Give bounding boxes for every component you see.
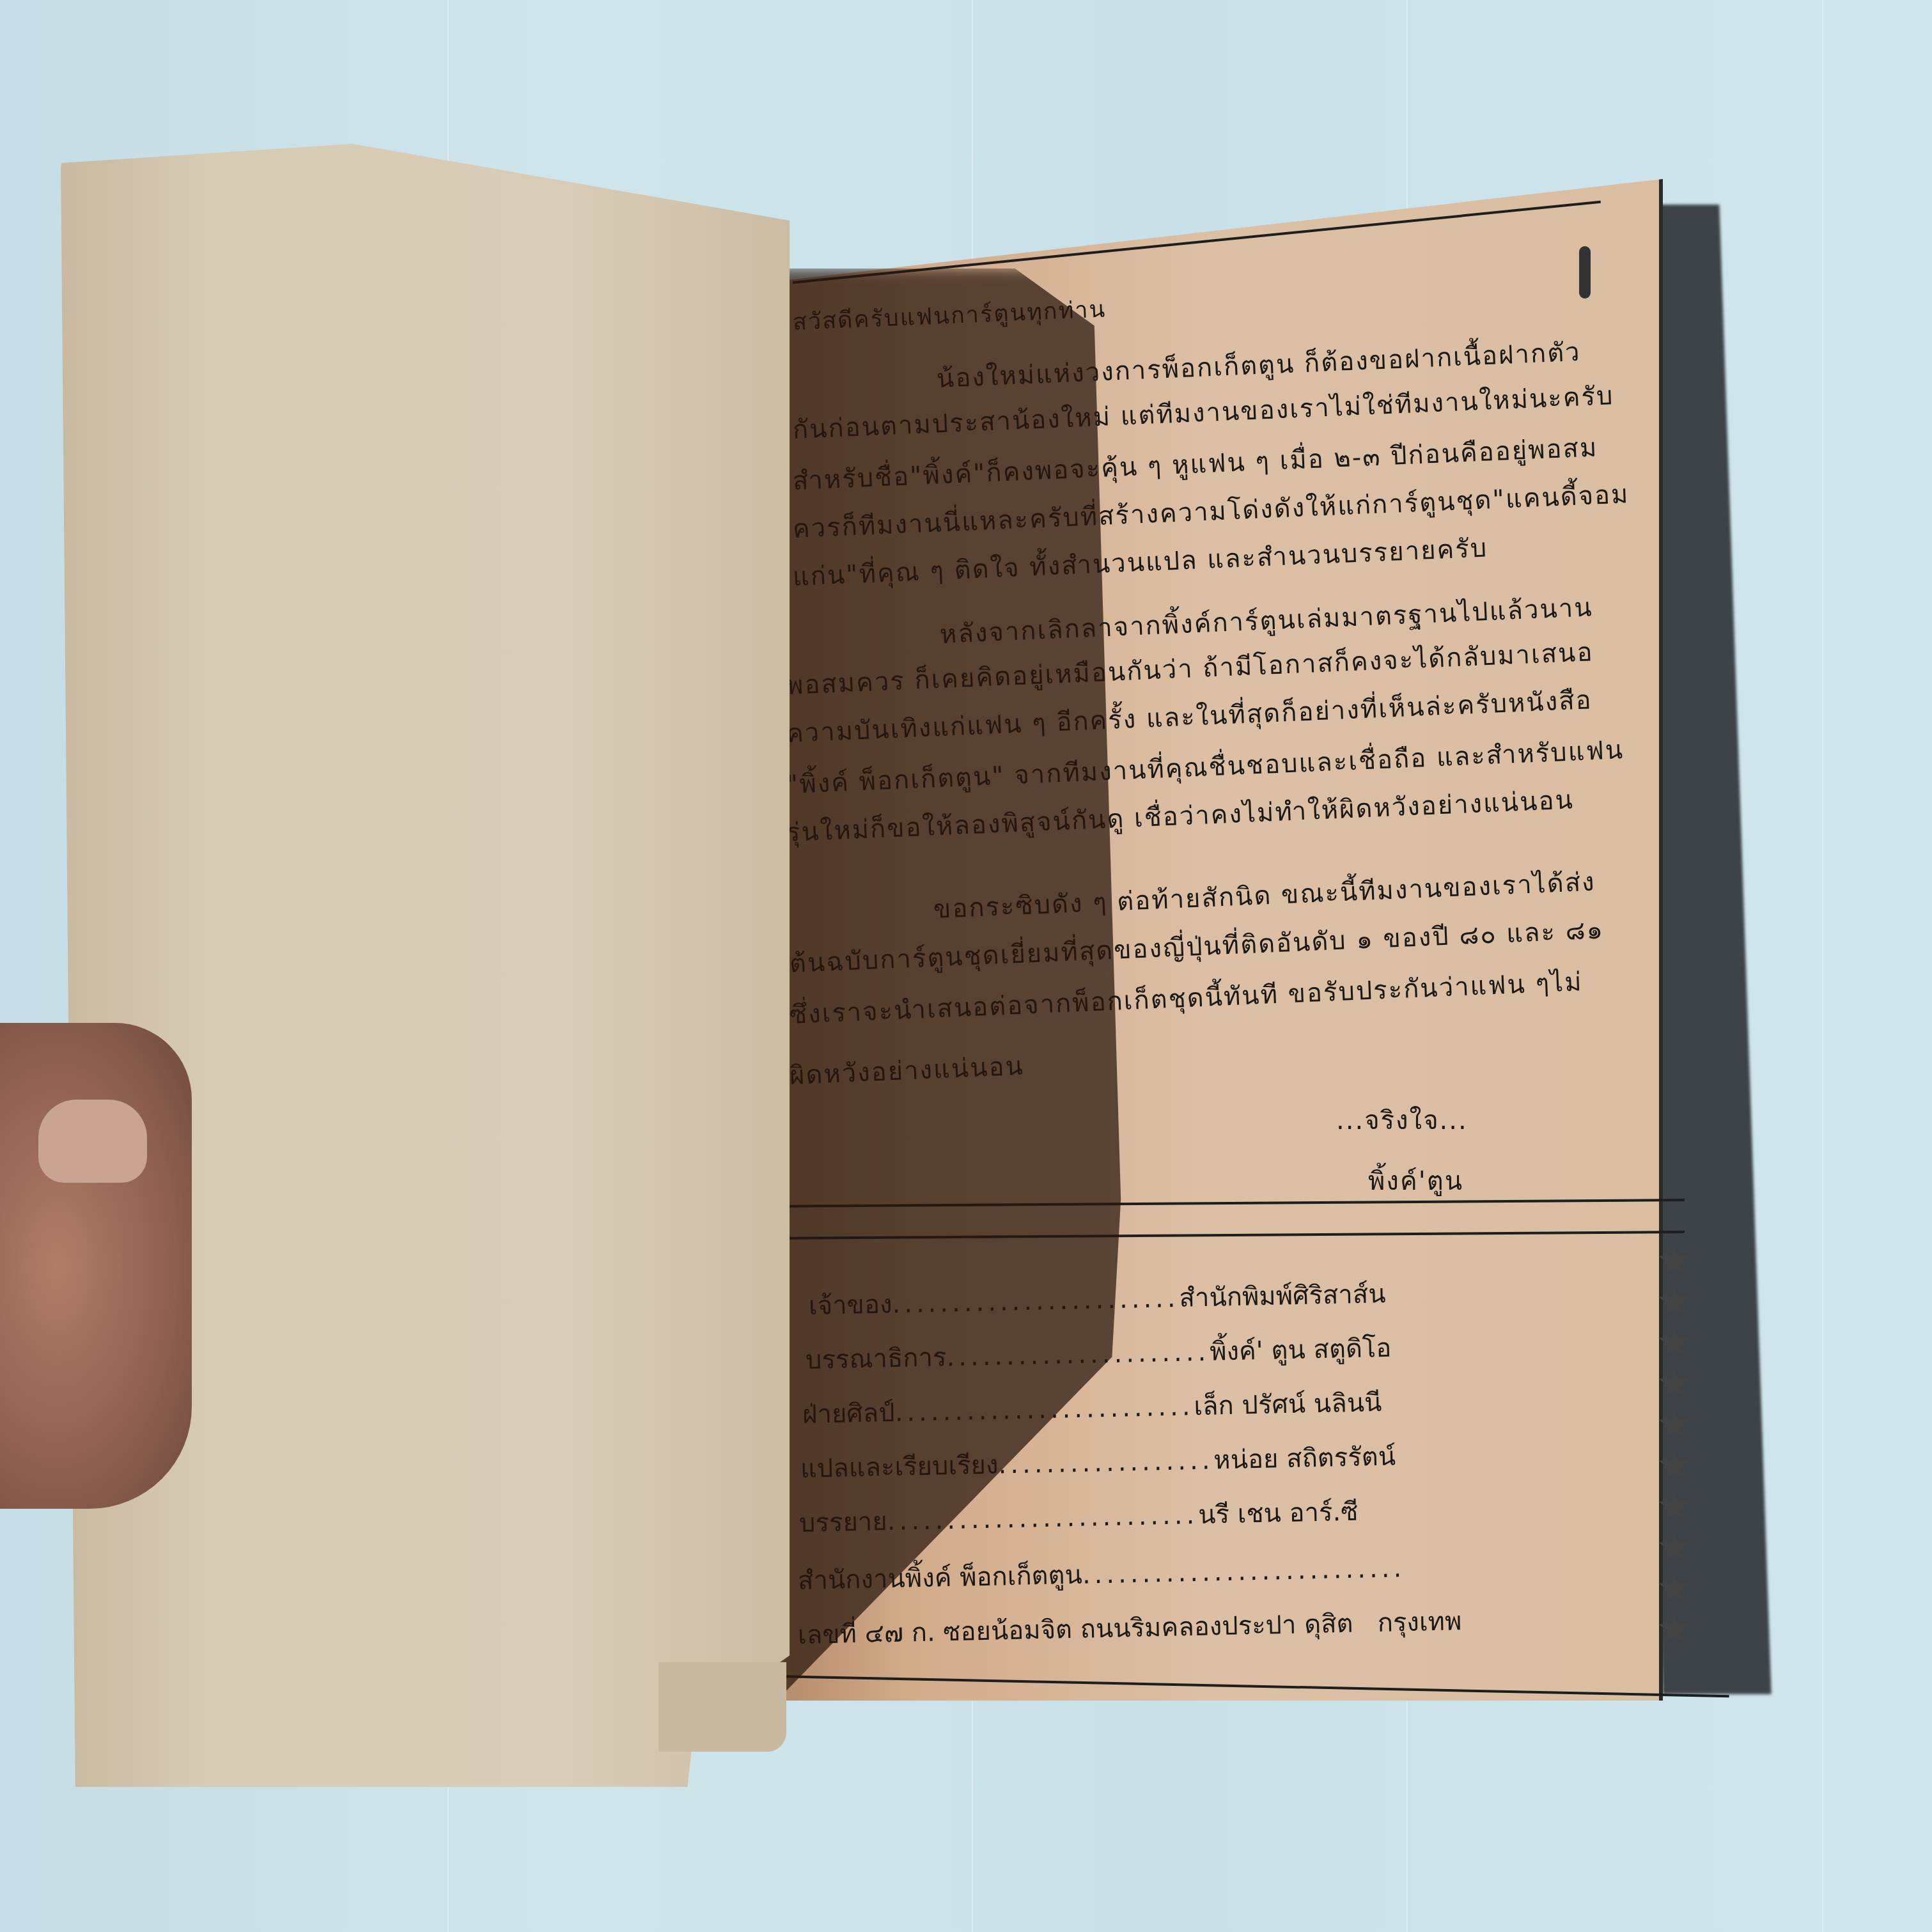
star-icon: ★: [1656, 1281, 1707, 1322]
star-icon: ★: [1656, 1486, 1707, 1527]
star-icon: ★: [1656, 1568, 1707, 1609]
credit-value: หน่อย สถิตรรัตน์: [1213, 1442, 1396, 1476]
star-icon: ★: [1656, 1322, 1707, 1363]
page-number-marker: [1579, 246, 1591, 299]
star-icon: ★: [1656, 1527, 1707, 1568]
background-stripe: [1822, 0, 1823, 1932]
credit-dots: ...........................: [1082, 1554, 1405, 1590]
credit-value: นรี เชน อาร์.ซี: [1198, 1497, 1359, 1530]
thumb: [38, 1100, 147, 1183]
star-border: ★ ★ ★ ★ ★ ★ ★ ★ ★ ★: [1656, 1240, 1707, 1649]
hand-holding-page: [0, 1023, 192, 1509]
star-icon: ★: [1656, 1609, 1707, 1649]
left-page-bottom-curl: [658, 1662, 786, 1752]
signature: พิ้งค์'ตูน: [1368, 1160, 1463, 1201]
star-icon: ★: [1656, 1445, 1707, 1486]
closing: ...จริงใจ...: [1336, 1100, 1468, 1141]
star-icon: ★: [1656, 1363, 1707, 1404]
credit-value: สำนักพิมพ์ศิริสาส์น: [1179, 1279, 1386, 1313]
star-icon: ★: [1656, 1404, 1707, 1445]
star-icon: ★: [1656, 1240, 1707, 1281]
left-page-curled: [61, 144, 790, 1787]
credit-value: เล็ก ปรัศน์ นลินนี: [1194, 1388, 1382, 1421]
credit-label: เลขที่ ๔๗ ก. ซอยน้อมจิต ถนนริมคลองประปา …: [798, 1609, 1353, 1650]
credit-dots: ..................: [998, 1445, 1214, 1479]
credit-value: พิ้งค์' ตูน สตูดิโอ: [1210, 1334, 1392, 1367]
credit-value: กรุงเทพ: [1377, 1607, 1462, 1638]
